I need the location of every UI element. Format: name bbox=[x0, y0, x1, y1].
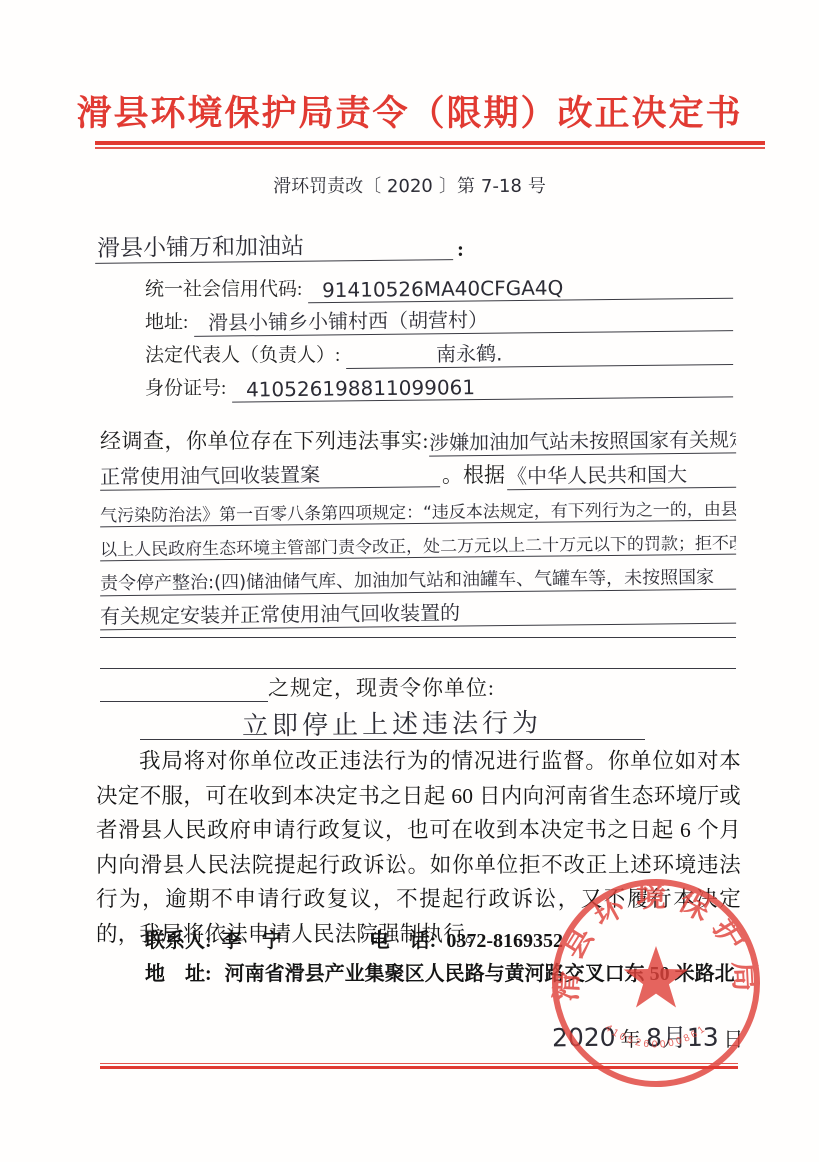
doc-number-value: 7-18 bbox=[481, 176, 522, 197]
handwritten-line: 责令停产整治:(四)储油储气库、加油加气站和油罐车、气罐车等，未按照国家 bbox=[100, 562, 736, 596]
contact-phone-label: 电 话: bbox=[370, 925, 437, 958]
handwritten-line: 有关规定安装并正常使用油气回收装置的 bbox=[100, 594, 736, 631]
order-handwritten: 立即停止上述违法行为 bbox=[242, 702, 542, 742]
handwritten-line: 涉嫌加油加气站未按照国家有关规定 bbox=[429, 423, 736, 456]
doc-number-suffix: 号 bbox=[528, 172, 546, 198]
contact-address-label: 地 址: bbox=[145, 963, 212, 985]
field-row-credit-code: 统一社会信用代码: 91410526MA40CFGA4Q bbox=[145, 268, 733, 301]
facts-line-1: 经调查，你单位存在下列违法事实: 涉嫌加油加气站未按照国家有关规定 bbox=[100, 420, 736, 455]
order-handwritten-row: 立即停止上述违法行为 bbox=[140, 704, 645, 740]
doc-number-year: 2020 bbox=[387, 176, 433, 197]
field-value: 410526198811099061 bbox=[232, 372, 733, 402]
blank-underline bbox=[100, 672, 268, 702]
field-row-address: 地址: 滑县小铺乡小铺村西（胡营村） bbox=[145, 301, 733, 334]
facts-line-4: 以上人民政府生态环境主管部门责令改正，处二万元以上二十万元以下的罚款；拒不改正的… bbox=[100, 524, 736, 559]
facts-line-2: 正常使用油气回收装置案 。根据 《中华人民共和国大 bbox=[100, 455, 736, 490]
contact-person-label: 联系人: bbox=[145, 925, 212, 958]
field-row-id-number: 身份证号: 410526198811099061 bbox=[145, 367, 733, 400]
order-lead-row: 之规定，现责令你单位: bbox=[100, 672, 736, 702]
document-title: 滑县环境保护局责令（限期）改正决定书 bbox=[0, 86, 819, 136]
facts-section: 经调查，你单位存在下列违法事实: 涉嫌加油加气站未按照国家有关规定 正常使用油气… bbox=[100, 420, 736, 627]
addressee-row: 滑县小铺万和加油站 : bbox=[95, 228, 735, 262]
field-row-legal-representative: 法定代表人（负责人）: 南永鹤. bbox=[145, 334, 733, 367]
facts-line-5: 责令停产整治:(四)储油储气库、加油加气站和油罐车、气罐车等，未按照国家 bbox=[100, 558, 736, 593]
facts-printed-mid: 。根据 bbox=[440, 459, 507, 489]
handwritten-line: 以上人民政府生态环境主管部门责令改正，处二万元以上二十万元以下的罚款；拒不改正的… bbox=[100, 529, 736, 562]
addressee-colon: : bbox=[453, 237, 464, 262]
field-value: 滑县小铺乡小铺村西（胡营村） bbox=[194, 301, 733, 337]
field-label: 统一社会信用代码: bbox=[145, 274, 308, 301]
field-label: 法定代表人（负责人）: bbox=[145, 340, 346, 367]
field-value: 南永鹤. bbox=[346, 335, 733, 369]
official-seal: 滑县环境保护局 4105260000861 bbox=[545, 872, 767, 1094]
doc-number-prefix: 滑环罚责改〔 bbox=[273, 172, 381, 198]
field-label: 地址: bbox=[145, 307, 194, 334]
handwritten-line: 正常使用油气回收装置案 bbox=[100, 457, 440, 491]
handwritten-line: 气污染防治法》第一百零八条第四项规定：“违反本法规定，有下列行为之一的，由县级 bbox=[100, 494, 736, 527]
decision-document-page: 滑县环境保护局责令（限期）改正决定书 滑环罚责改〔 2020 〕第 7-18 号… bbox=[0, 0, 819, 1162]
contact-person: 李 宁 bbox=[222, 925, 282, 958]
document-number: 滑环罚责改〔 2020 〕第 7-18 号 bbox=[0, 172, 819, 198]
footer-double-rule bbox=[100, 1063, 738, 1069]
handwritten-line: 《中华人民共和国大 bbox=[507, 458, 736, 490]
facts-lead: 经调查，你单位存在下列违法事实: bbox=[100, 425, 429, 455]
facts-line-6: 有关规定安装并正常使用油气回收装置的 bbox=[100, 593, 736, 628]
addressee-name: 滑县小铺万和加油站 bbox=[95, 226, 453, 264]
doc-number-mid: 〕第 bbox=[439, 172, 475, 198]
field-label: 身份证号: bbox=[145, 373, 232, 400]
blank-underline bbox=[100, 636, 736, 638]
field-value: 91410526MA40CFGA4Q bbox=[308, 274, 733, 303]
order-lead: 之规定，现责令你单位: bbox=[268, 672, 495, 702]
seal-code-text: 4105260000861 bbox=[603, 1022, 710, 1050]
blank-underline bbox=[100, 667, 736, 669]
facts-line-3: 气污染防治法》第一百零八条第四项规定：“违反本法规定，有下列行为之一的，由县级 bbox=[100, 489, 736, 524]
header-double-rule bbox=[95, 141, 765, 149]
star-icon bbox=[624, 946, 689, 1008]
